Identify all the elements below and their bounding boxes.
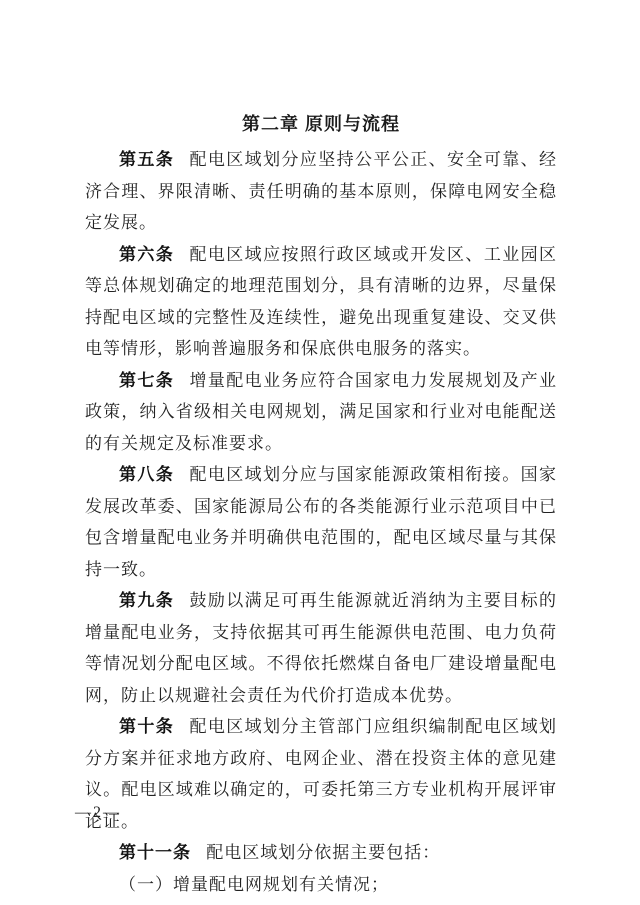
article-11: 第十一条配电区域划分依据主要包括： bbox=[85, 837, 557, 869]
article-8-number: 第八条 bbox=[119, 465, 174, 484]
article-11-number: 第十一条 bbox=[119, 843, 191, 862]
document-content: 第二章 原则与流程 第五条配电区域划分应坚持公平公正、安全可靠、经济合理、界限清… bbox=[85, 108, 557, 900]
page-number: —2— bbox=[75, 800, 121, 826]
article-7: 第七条增量配电业务应符合国家电力发展规划及产业政策，纳入省级相关电网规划，满足国… bbox=[85, 365, 557, 460]
document-page: 第二章 原则与流程 第五条配电区域划分应坚持公平公正、安全可靠、经济合理、界限清… bbox=[0, 0, 640, 905]
article-8: 第八条配电区域划分应与国家能源政策相衔接。国家发展改革委、国家能源局公布的各类能… bbox=[85, 459, 557, 585]
article-5-number: 第五条 bbox=[119, 150, 174, 169]
article-7-number: 第七条 bbox=[119, 371, 174, 390]
article-6: 第六条配电区域应按照行政区域或开发区、工业园区等总体规划确定的地理范围划分，具有… bbox=[85, 239, 557, 365]
article-9: 第九条鼓励以满足可再生能源就近消纳为主要目标的增量配电业务，支持依据其可再生能源… bbox=[85, 585, 557, 711]
article-9-number: 第九条 bbox=[119, 591, 174, 610]
article-11-text: 配电区域划分依据主要包括： bbox=[206, 843, 440, 862]
article-10: 第十条配电区域划分主管部门应组织编制配电区域划分方案并征求地方政府、电网企业、潜… bbox=[85, 711, 557, 837]
article-10-number: 第十条 bbox=[119, 717, 174, 736]
list-item-1-text: （一）增量配电网规划有关情况； bbox=[119, 875, 389, 894]
article-6-number: 第六条 bbox=[119, 245, 174, 264]
list-item-1: （一）增量配电网规划有关情况； bbox=[85, 869, 557, 901]
article-5: 第五条配电区域划分应坚持公平公正、安全可靠、经济合理、界限清晰、责任明确的基本原… bbox=[85, 144, 557, 239]
chapter-title: 第二章 原则与流程 bbox=[85, 108, 557, 140]
